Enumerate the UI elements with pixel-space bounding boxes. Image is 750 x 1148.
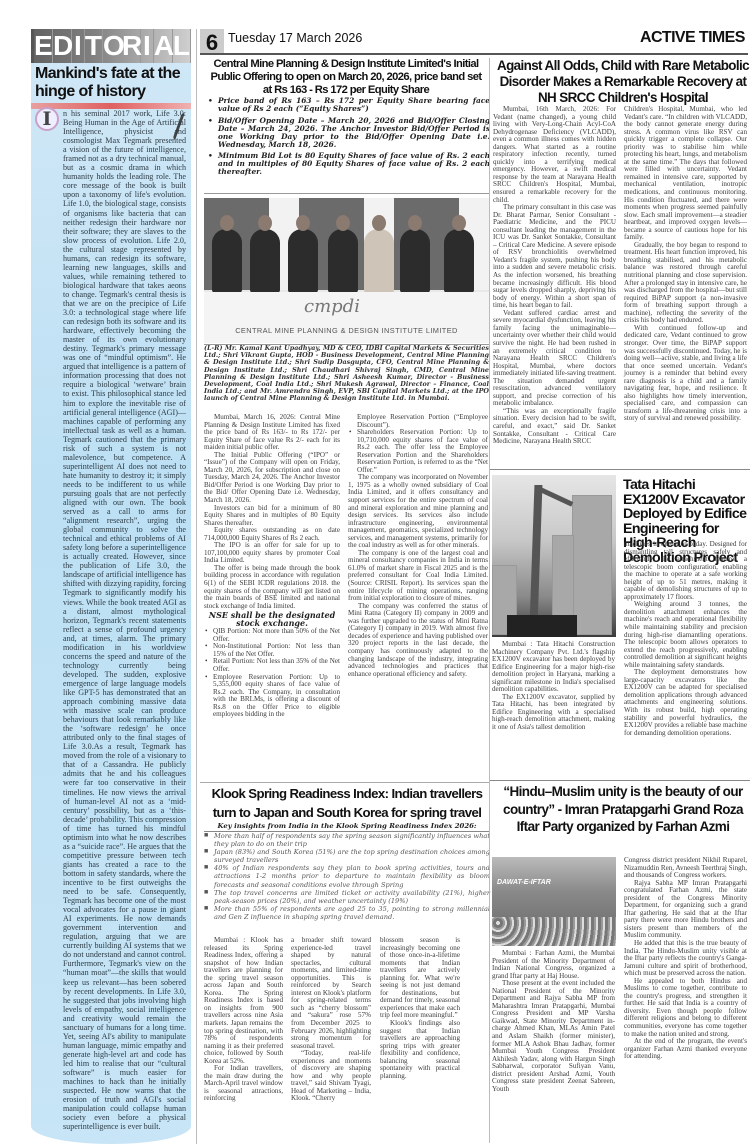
excavator-base — [507, 615, 577, 637]
editorial-panel: Mankind's fate at the hinge of history I… — [31, 63, 191, 1144]
person-figure — [444, 229, 474, 293]
editorial-paragraph: n his seminal 2017 work, Life 3.0: Being… — [35, 109, 186, 1131]
paragraph: At the end of the program, the event's o… — [624, 1038, 747, 1061]
column-divider — [196, 29, 197, 1144]
iftar-column-2: Congress district president Nikhil Rupar… — [624, 857, 747, 1061]
banner-letter: A — [154, 29, 173, 63]
insight-item: 40% of Indian respondents say they plan … — [204, 864, 490, 888]
paragraph: Investors can bid for a minimum of 80 Eq… — [204, 505, 340, 528]
paragraph: Those present at the event included the … — [492, 980, 615, 1093]
list-item: Non-Institutional Portion: Not less than… — [204, 643, 340, 658]
person-figure — [328, 229, 358, 293]
paragraph: The company is one of the largest coal a… — [348, 550, 488, 603]
page-number: 6 — [200, 29, 224, 55]
divider — [490, 469, 750, 470]
insight-item: Japan (83%) and South Korea (51%) are th… — [204, 848, 490, 864]
paragraph: “Today, real-life experiences and moment… — [291, 1050, 371, 1103]
paragraph: He appealed to both Hindus and Muslims t… — [624, 978, 747, 1038]
person-figure — [400, 229, 430, 293]
paragraph: Mumbai, 16th March, 2026: For Vedant (na… — [493, 106, 616, 204]
excavator-photo — [492, 475, 616, 637]
nse-note: NSE shall be the designated stock exchan… — [204, 611, 340, 627]
person-figure — [288, 229, 318, 293]
paragraph: a broader shift toward experience-led tr… — [291, 937, 371, 1050]
paragraph: Klook's findings also suggest that India… — [380, 1020, 460, 1080]
insight-item: More than half of respondents say the sp… — [204, 832, 490, 848]
klook-headline: Klook Spring Readiness Index: Indian tra… — [204, 785, 490, 822]
list-item: QIB Portion: Not more than 50% of the Ne… — [204, 628, 340, 643]
iftar-photo: DAWAT-E-IFTAR — [492, 857, 616, 946]
tata-column-1: Mumbai : Tata Hitachi Construction Machi… — [492, 641, 615, 732]
paragraph: The company was incorporated on November… — [348, 474, 488, 549]
paragraph: The primary consultant in this case was … — [493, 204, 616, 310]
list-item: Shareholders Reservation Portion: Up to … — [348, 429, 488, 474]
paragraph: Rajya Sabha MP Imran Pratapgarhi congrat… — [624, 880, 747, 940]
tata-column-2: machines in operation today. Designed fo… — [624, 541, 747, 737]
paragraph: Children's Hospital, Mumbai, who led Ved… — [624, 106, 747, 242]
ipo-launch-photo: cmpdi CENTRAL MINE PLANNING & DESIGN INS… — [204, 198, 489, 343]
building-shape — [572, 495, 612, 635]
paragraph: The IPO is an offer for sale for up to 1… — [204, 542, 340, 565]
cmpdi-headline: Central Mine Planning & Design Institute… — [205, 58, 487, 98]
flower-arrangement — [492, 917, 616, 946]
paragraph: The Initial Public Offering (“IPO” or “I… — [204, 452, 340, 505]
klook-insights: More than half of respondents say the sp… — [204, 832, 490, 921]
divider — [490, 780, 750, 781]
banner-letter: D — [53, 29, 72, 63]
column-divider — [489, 58, 490, 1143]
excavator-boom — [530, 485, 543, 625]
editorial-body: n his seminal 2017 work, Life 3.0: Being… — [35, 109, 186, 1131]
divider — [200, 782, 490, 783]
paragraph: The EX1200V excavator, supplied by Tata … — [492, 694, 615, 732]
header-rule — [200, 53, 748, 55]
cmpdi-column-1: Mumbai, March 16, 2026: Central Mine Pla… — [204, 414, 340, 719]
paragraph: machines in operation today. Designed fo… — [624, 541, 747, 601]
paragraph: Employee Reservation Portion (“Employee … — [348, 414, 488, 429]
klook-subhead: Key insights from India in the Klook Spr… — [204, 822, 490, 832]
paragraph: Vedant suffered cardiac arrest and sever… — [493, 310, 616, 408]
paragraph: Mumbai : Tata Hitachi Construction Machi… — [492, 641, 615, 694]
list-item: Retail Portion: Not less than 35% of the… — [204, 658, 340, 673]
cmpdi-logo: cmpdi — [304, 296, 360, 317]
paragraph: “This was an exceptionally fragile situa… — [493, 408, 616, 446]
photo-caption: (L-R) Mr. Kamal Kant Upadhyay, MD & CEO,… — [204, 345, 489, 403]
paragraph: Mumbai : Farhan Azmi, the Mumbai Preside… — [492, 950, 615, 980]
editorial-column: EDITORIAL Mankind's fate at the hinge of… — [31, 29, 191, 1144]
banner-letter: L — [173, 29, 191, 63]
paragraph: Mumbai : Klook has released its Spring R… — [204, 937, 283, 1065]
insight-item: The top travel concerns are limited tick… — [204, 889, 490, 905]
banner-letter: R — [122, 29, 141, 63]
paragraph: With continued follow-up and dedicated c… — [624, 325, 747, 423]
paragraph: He added that this is the true beauty of… — [624, 940, 747, 978]
banner-letter: I — [72, 29, 85, 63]
offer-portions-list: QIB Portion: Not more than 50% of the Ne… — [204, 628, 340, 719]
paragraph: Equity shares outstanding as on date 714… — [204, 527, 340, 542]
editorial-title: Mankind's fate at the hinge of history — [35, 65, 185, 101]
iftar-column-1: Mumbai : Farhan Azmi, the Mumbai Preside… — [492, 950, 615, 1093]
paragraph: blossom season is increasingly becoming … — [380, 937, 460, 1020]
insight-item: More than 55% of respondents are aged 25… — [204, 905, 490, 921]
nh-headline: Against All Odds, Child with Rare Metabo… — [496, 58, 750, 107]
issue-date: Tuesday 17 March 2026 — [228, 31, 362, 45]
banner-letter: T — [85, 29, 103, 63]
person-figure — [364, 229, 394, 293]
person-figure — [250, 229, 280, 293]
paragraph: Weighing around 3 tonnes, the demolition… — [624, 601, 747, 669]
paragraph: For Indian travellers, the main draw dur… — [204, 1065, 283, 1103]
nh-column-2: Children's Hospital, Mumbai, who led Ved… — [624, 106, 747, 423]
banner-letter: O — [103, 29, 122, 63]
paragraph: Gradually, the boy began to respond to t… — [624, 242, 747, 325]
divider — [204, 193, 489, 194]
klook-column-1: Mumbai : Klook has released its Spring R… — [204, 937, 283, 1103]
nh-column-1: Mumbai, 16th March, 2026: For Vedant (na… — [493, 106, 616, 446]
list-item: Employee Reservation Portion: Up to 5,35… — [204, 674, 340, 719]
iftar-headline: “Hindu–Muslim unity is the beauty of our… — [496, 783, 750, 836]
paragraph: The offer is being made through the book… — [204, 565, 340, 610]
highlight-item: Minimum Bid Lot is 80 Equity Shares of f… — [208, 152, 490, 176]
paragraph: The company was conferred the status of … — [348, 603, 488, 678]
paragraph: Mumbai, March 16, 2026: Central Mine Pla… — [204, 414, 340, 452]
masthead: ACTIVE TIMES — [640, 29, 745, 47]
klook-column-3: blossom season is increasingly becoming … — [380, 937, 460, 1080]
divider — [204, 344, 489, 345]
paragraph: Congress district president Nikhil Rupar… — [624, 857, 747, 880]
paragraph: The deployment demonstrates how large-ca… — [624, 669, 747, 737]
cmpdi-column-2: Employee Reservation Portion (“Employee … — [348, 414, 488, 678]
banner-letter: E — [34, 29, 53, 63]
banner-letter: I — [141, 29, 154, 63]
klook-column-2: a broader shift toward experience-led tr… — [291, 937, 371, 1103]
photo-banner-text: DAWAT-E-IFTAR — [497, 879, 551, 886]
highlight-item: Bid/Offer Opening Date – March 20, 2026 … — [208, 117, 490, 149]
reservation-list: Shareholders Reservation Portion: Up to … — [348, 429, 488, 474]
section-banner: EDITORIAL — [31, 29, 191, 63]
photo-banner-text: CENTRAL MINE PLANNING & DESIGN INSTITUTE… — [204, 326, 489, 335]
cmpdi-highlights: Price band of Rs 163 – Rs 172 per Equity… — [208, 97, 490, 180]
highlight-item: Price band of Rs 163 – Rs 172 per Equity… — [208, 97, 490, 113]
person-figure — [212, 229, 242, 293]
